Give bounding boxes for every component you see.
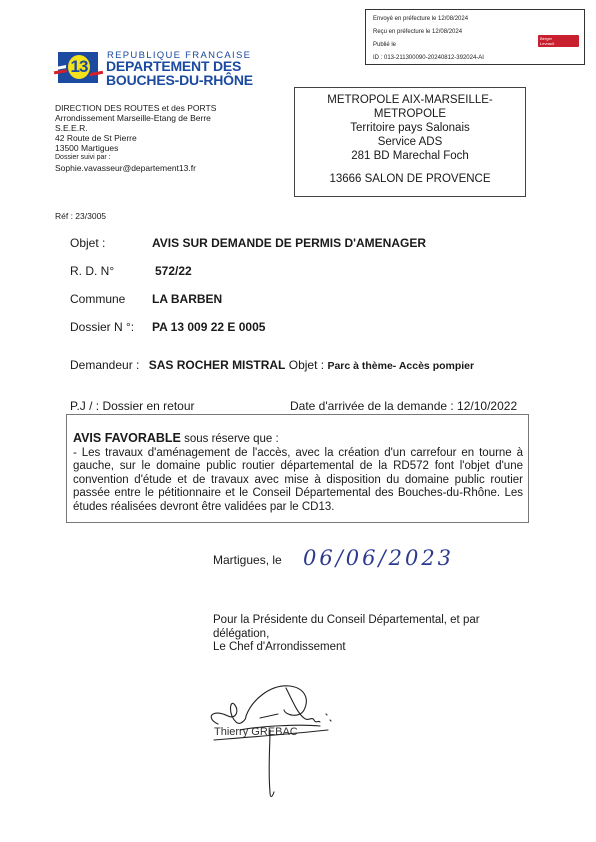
sender-address: DIRECTION DES ROUTES et des PORTS Arrond… (55, 103, 216, 173)
avis-body: - Les travaux d'aménagement de l'accès, … (73, 447, 523, 515)
reference: Réf : 23/3005 (55, 211, 106, 221)
stamp-published: Publié le (373, 42, 396, 48)
recipient-line: METROPOLE (295, 107, 525, 121)
rd-label: R. D. N° (70, 264, 114, 278)
attachments: P.J / : Dossier en retour (70, 399, 195, 413)
sender-service: S.E.E.R. (55, 123, 216, 133)
badge-line2: Levrault (540, 41, 577, 46)
recipient-address: METROPOLE AIX-MARSEILLE- METROPOLE Terri… (294, 87, 526, 197)
handwritten-date: 06/06/2023 (303, 546, 454, 570)
recipient-line: 13666 SALON DE PROVENCE (295, 172, 525, 186)
prefecture-stamp: Envoyé en préfecture le 12/08/2024 Reçu … (365, 9, 585, 65)
objet-value: AVIS SUR DEMANDE DE PERMIS D'AMENAGER (152, 236, 426, 250)
demandeur-objet-label: Objet : (289, 358, 324, 372)
commune-value: LA BARBEN (152, 292, 222, 306)
demandeur-label: Demandeur : (70, 358, 139, 372)
rd-value: 572/22 (155, 264, 192, 278)
avis-title-suffix: sous réserve que : (181, 433, 279, 445)
sender-arrondissement: Arrondissement Marseille-Etang de Berre (55, 113, 216, 123)
recipient-line: Service ADS (295, 135, 525, 149)
demandeur-objet-value: Parc à thème- Accès pompier (327, 360, 474, 372)
sender-street: 42 Route de St Pierre (55, 133, 216, 143)
demandeur-value: SAS ROCHER MISTRAL (149, 358, 286, 372)
logo-department-name: DEPARTEMENT DES BOUCHES-DU-RHÔNE (106, 59, 253, 87)
sender-city: 13500 Martigues (55, 143, 216, 153)
logo-line2: BOUCHES-DU-RHÔNE (106, 73, 253, 87)
dossier-value: PA 13 009 22 E 0005 (152, 320, 265, 334)
followed-by-label: Dossier suivi par : (55, 153, 216, 163)
objet-label: Objet : (70, 236, 105, 250)
recipient-line: METROPOLE AIX-MARSEILLE- (295, 93, 525, 107)
stamp-sent: Envoyé en préfecture le 12/08/2024 (373, 16, 468, 22)
recipient-line: 281 BD Marechal Foch (295, 149, 525, 163)
demandeur-line: Demandeur : SAS ROCHER MISTRAL Objet : P… (70, 358, 474, 372)
signer-title: Le Chef d'Arrondissement (213, 641, 533, 655)
arrival-date: Date d'arrivée de la demande : 12/10/202… (290, 399, 517, 413)
contact-email[interactable]: Sophie.vavasseur@departement13.fr (55, 163, 216, 173)
stamp-id: ID : 013-211300090-20240812-392024-AI (373, 55, 484, 61)
logo-13-emblem: 13 (66, 53, 92, 81)
stamp-received: Reçu en préfecture le 12/08/2024 (373, 29, 462, 35)
sender-direction: DIRECTION DES ROUTES et des PORTS (55, 103, 216, 113)
avis-title: AVIS FAVORABLE (73, 431, 181, 445)
berger-levrault-logo: Berger Levrault (538, 35, 579, 47)
logo-line1: DEPARTEMENT DES (106, 59, 253, 73)
delegation-text: Pour la Présidente du Conseil Départemen… (213, 614, 533, 641)
place-label: Martigues, le (213, 553, 282, 567)
recipient-line: Territoire pays Salonais (295, 121, 525, 135)
signature-scribble (200, 680, 350, 800)
dossier-label: Dossier N °: (70, 320, 134, 334)
avis-box: AVIS FAVORABLE sous réserve que : - Les … (66, 414, 529, 523)
commune-label: Commune (70, 292, 125, 306)
signature-block: Pour la Présidente du Conseil Départemen… (213, 614, 533, 655)
